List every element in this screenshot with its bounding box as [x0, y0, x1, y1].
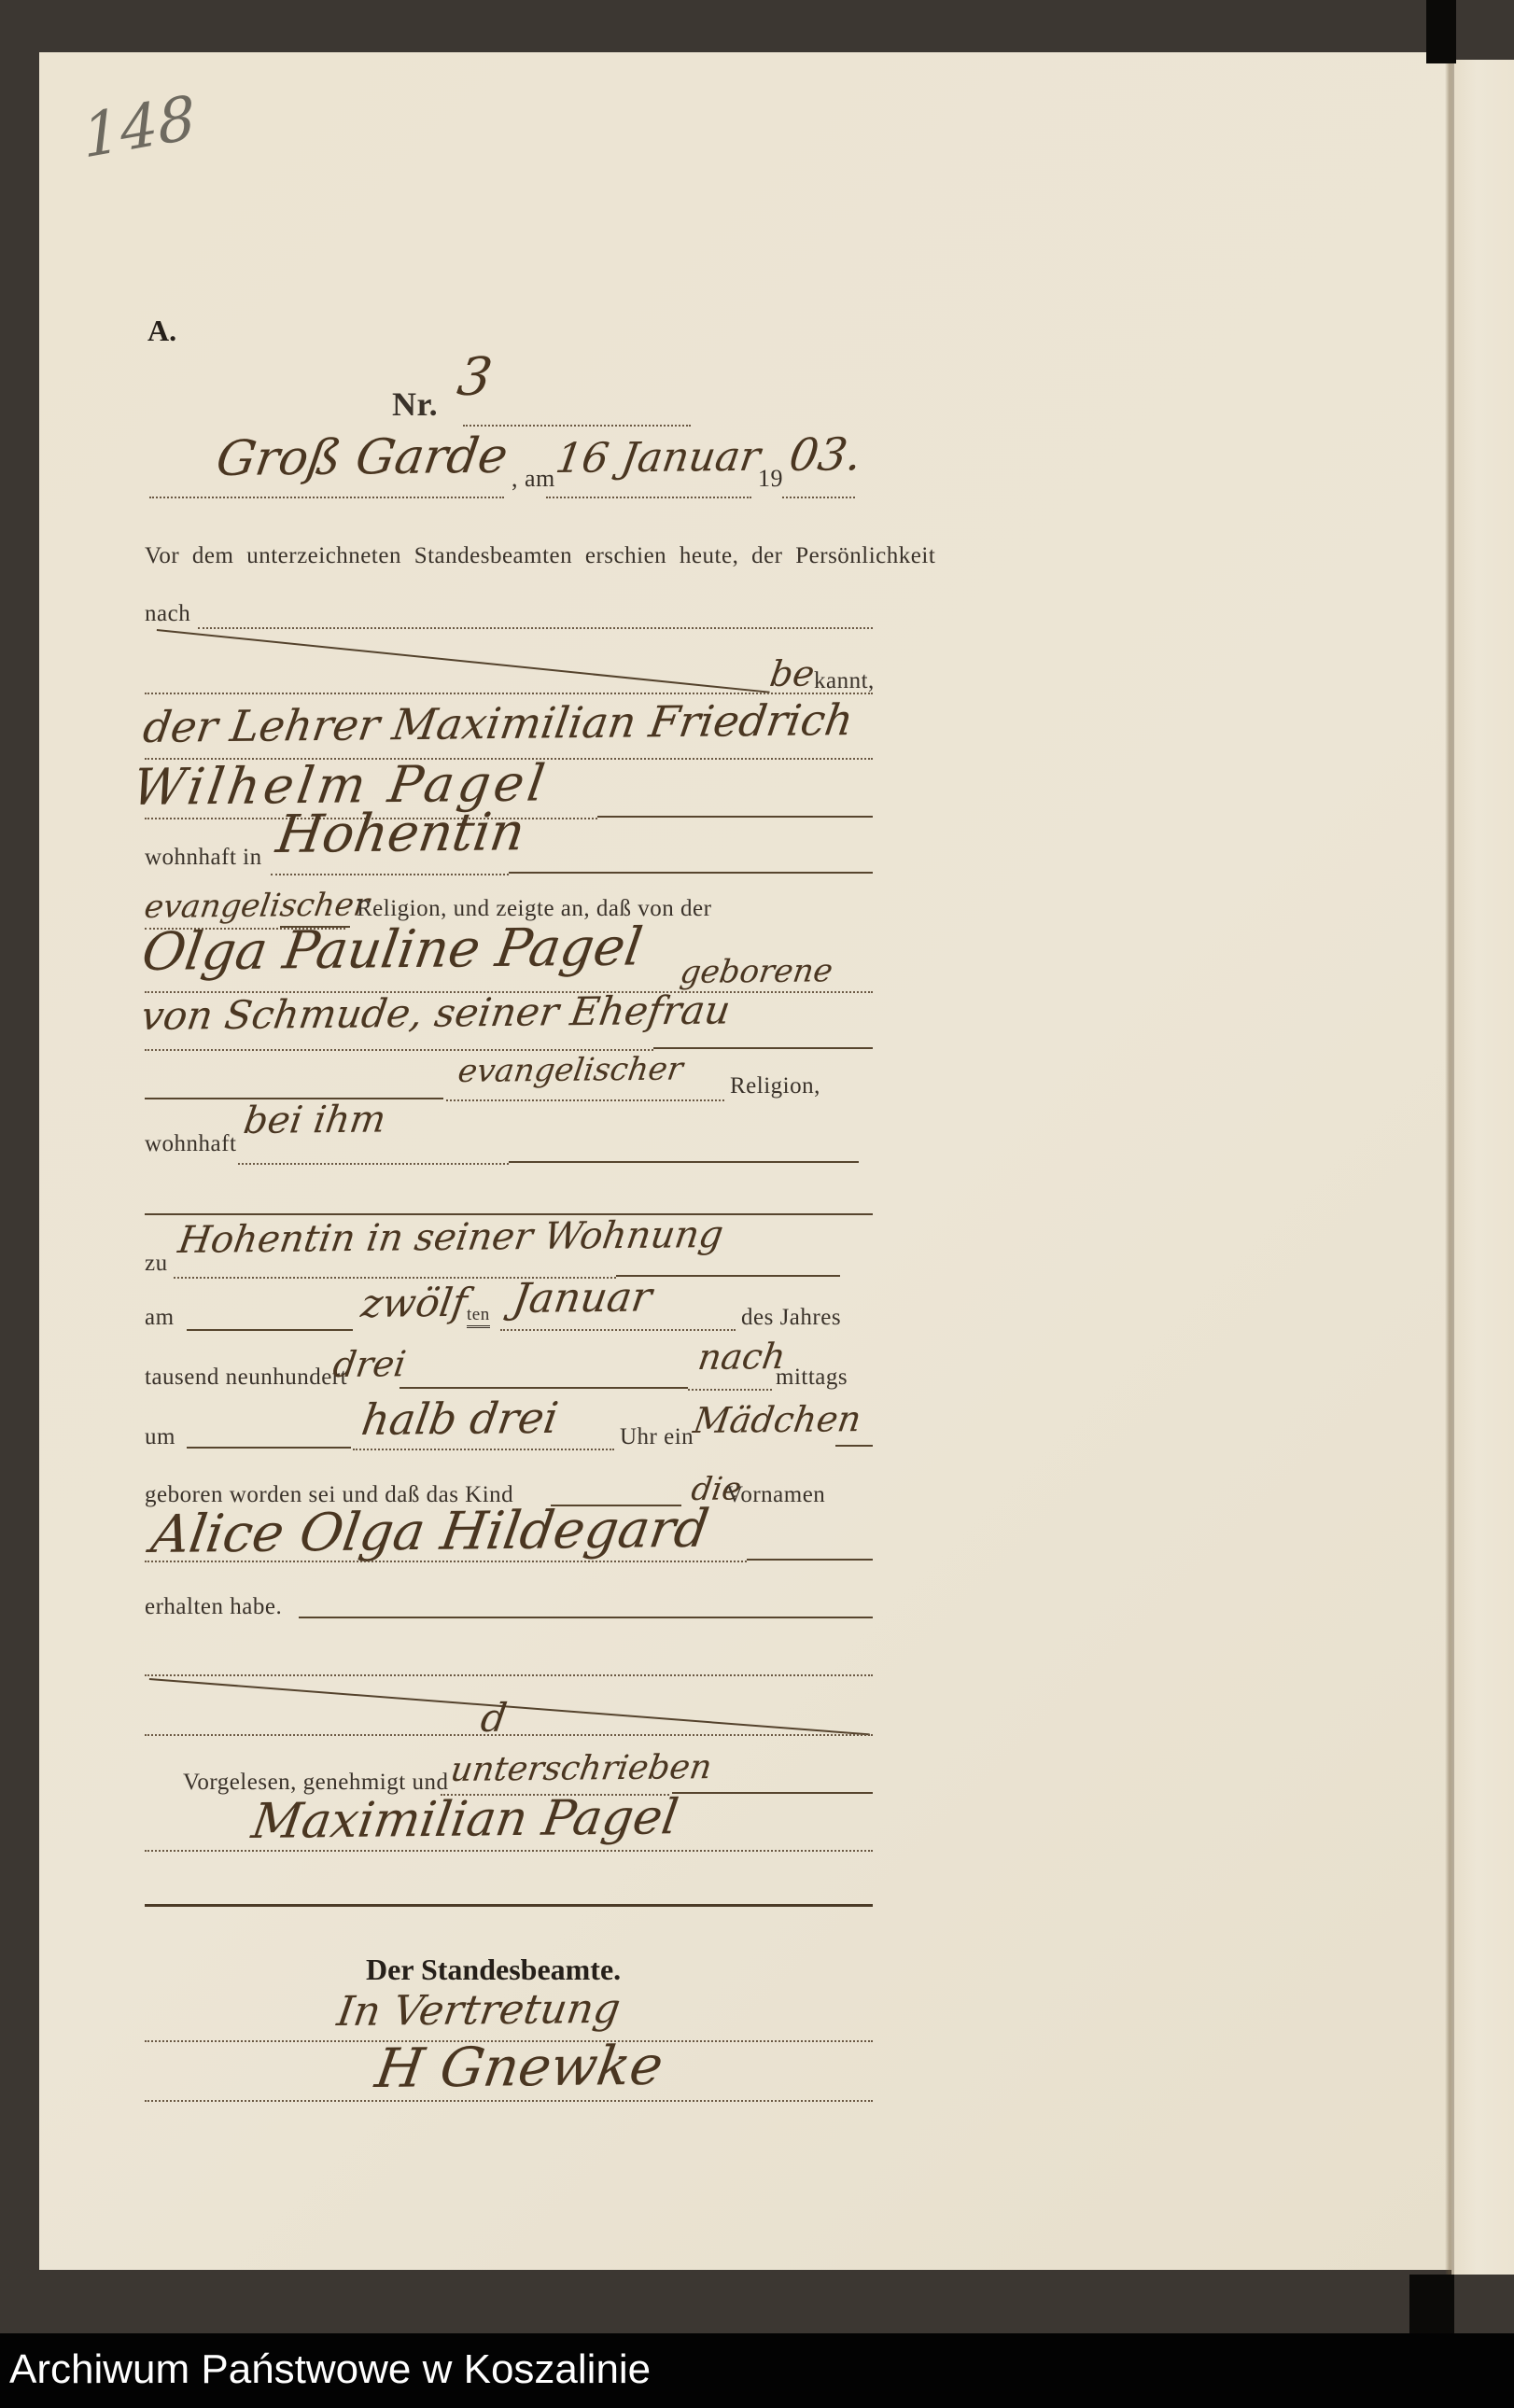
form-line	[672, 1792, 873, 1794]
scanned-document-viewport: 148 A. Nr. 3 Groß Garde , am 16 Januar 1…	[0, 0, 1514, 2408]
binding-crease	[1445, 56, 1454, 2275]
archive-watermark-bar: Archiwum Państwowe w Koszalinie	[0, 2333, 1514, 2408]
kannt-label: kannt,	[814, 668, 875, 694]
intro-line: Vor dem unterzeichneten Standesbeamten e…	[145, 543, 935, 569]
nach-handwritten: nach	[695, 1336, 789, 1378]
record-year-handwritten: 03.	[786, 428, 865, 482]
uhr-ein-label: Uhr ein	[620, 1424, 694, 1450]
printed-century: 19	[758, 465, 783, 493]
form-line	[597, 816, 873, 818]
um-label: um	[145, 1424, 175, 1450]
registrar-title: Der Standesbeamte.	[366, 1953, 621, 1987]
form-line	[145, 1850, 873, 1852]
ten-suffix-label: ten	[467, 1305, 490, 1328]
nach-label: nach	[145, 601, 190, 627]
form-line	[353, 1449, 614, 1450]
mother-birthname: von Schmude, seiner Ehefrau	[138, 987, 734, 1039]
gap-bottom-right	[1409, 2275, 1454, 2333]
unterschrieben-handwritten: unterschrieben	[448, 1748, 714, 1789]
form-line	[835, 1445, 873, 1447]
be-handwritten: be	[767, 653, 817, 694]
form-line	[238, 1163, 509, 1165]
zu-label: zu	[145, 1251, 168, 1277]
declarant-residence: Hohentin	[273, 802, 528, 865]
wohnhaft-label: wohnhaft	[145, 1131, 236, 1157]
birth-month: Januar	[510, 1273, 655, 1323]
am-label: , am	[512, 465, 555, 493]
adjacent-page-edge	[1451, 60, 1514, 2275]
form-line	[446, 1099, 724, 1101]
am-birth-label: am	[145, 1305, 175, 1331]
record-number-label: Nr.	[392, 385, 438, 424]
form-line	[463, 425, 691, 427]
gap-top-right	[1426, 0, 1456, 63]
religion-label: Religion,	[730, 1073, 820, 1099]
form-line	[187, 1329, 353, 1331]
registrar-deputy-note: In Vertretung	[334, 1985, 624, 2036]
birth-place: Hohentin in seiner Wohnung	[175, 1213, 726, 1262]
form-line	[187, 1447, 351, 1449]
form-line	[688, 1389, 772, 1391]
form-line	[145, 693, 873, 694]
form-line	[546, 497, 751, 498]
section-letter: A.	[147, 314, 176, 348]
form-line	[400, 1387, 688, 1389]
declarant-name-line1: der Lehrer Maximilian Friedrich	[140, 694, 857, 752]
child-given-names: Alice Olga Hildegard	[147, 1499, 712, 1565]
tausend-label: tausend neunhundert	[145, 1365, 347, 1391]
child-sex: Mädchen	[691, 1398, 863, 1441]
form-line	[500, 1329, 736, 1331]
geborene-handwritten: geborene	[678, 952, 835, 991]
form-line	[149, 497, 504, 498]
record-place-handwritten: Groß Garde	[213, 428, 512, 487]
vornamen-label: Vornamen	[726, 1482, 825, 1508]
form-line	[747, 1559, 873, 1561]
mother-residence: bei ihm	[241, 1098, 388, 1142]
des-jahres-label: des Jahres	[741, 1305, 841, 1331]
form-line	[145, 1561, 747, 1562]
form-line	[198, 627, 873, 629]
birth-time: halb drei	[358, 1393, 562, 1445]
erhalten-label: erhalten habe.	[145, 1594, 282, 1620]
form-line	[653, 1047, 873, 1049]
declarant-signature: Maximilian Pagel	[248, 1789, 681, 1850]
wohnhaft-in-label: wohnhaft in	[145, 845, 262, 871]
form-line	[145, 1049, 653, 1051]
form-line	[271, 874, 509, 875]
form-line	[509, 1161, 859, 1163]
registrar-signature: H Gnewke	[371, 2034, 667, 2100]
mother-name: Olga Pauline Pagel	[138, 917, 646, 983]
birth-day: zwölf	[358, 1280, 470, 1326]
form-line	[782, 497, 855, 498]
record-date-handwritten: 16 Januar	[553, 433, 764, 483]
form-line	[145, 1674, 873, 1676]
form-line	[509, 872, 873, 874]
form-line	[145, 2100, 873, 2102]
form-line	[145, 1734, 873, 1736]
birth-year-word: drei	[330, 1343, 409, 1385]
mittags-label: mittags	[776, 1365, 848, 1391]
form-line	[299, 1617, 873, 1618]
mother-religion: evangelischer	[456, 1050, 685, 1090]
form-line	[145, 1904, 873, 1907]
